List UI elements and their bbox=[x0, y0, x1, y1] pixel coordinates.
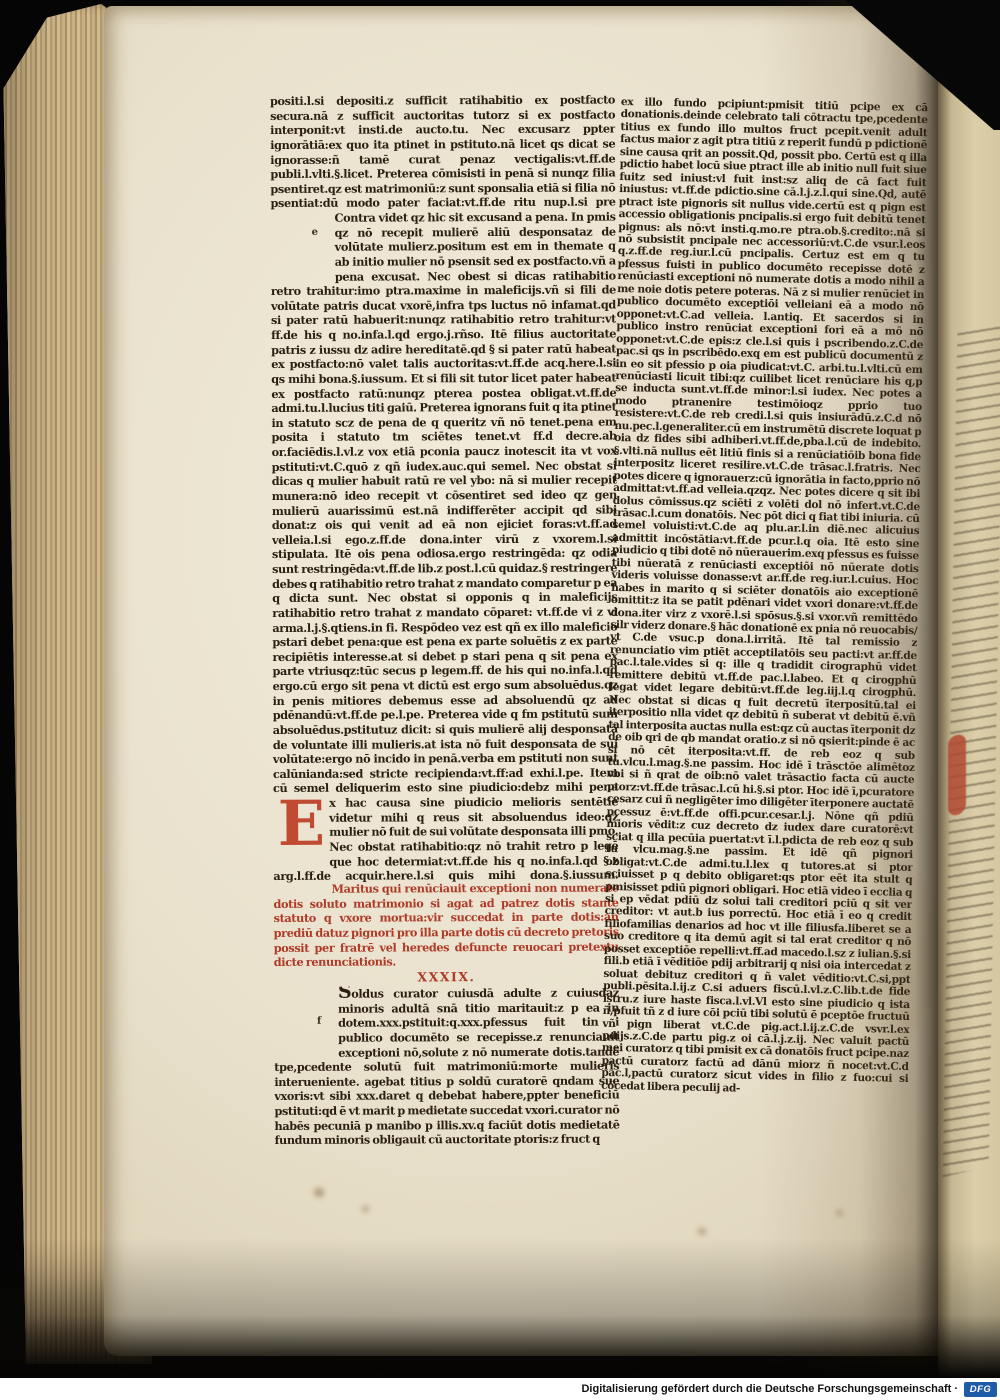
paragraph: positi.l.si depositi.z sufficit ratihabi… bbox=[270, 92, 616, 212]
bottom-shadow bbox=[0, 1238, 1000, 1378]
rubric-text: Maritus qui renūciauit exceptioni non nu… bbox=[274, 880, 619, 969]
chapter-initial: S bbox=[338, 985, 351, 1002]
book-photo: positi.l.si depositi.z sufficit ratihabi… bbox=[0, 0, 1000, 1378]
adjacent-page-red-initial bbox=[948, 732, 966, 817]
foxing-spot bbox=[698, 1228, 706, 1235]
indent-spacer bbox=[274, 987, 338, 1046]
paragraph: Contra videt qz hic sit excusand a pena.… bbox=[271, 209, 619, 796]
paragraph: E x hac causa sine piudicio melioris sen… bbox=[273, 794, 618, 886]
dfg-logo: DFG bbox=[964, 1382, 997, 1397]
paragraph-text: Contra videt qz hic sit excusand a pena.… bbox=[271, 209, 618, 796]
banner-text: Digitalisierung gefördert durch die Deut… bbox=[581, 1383, 958, 1395]
left-text-column: positi.l.si depositi.z sufficit ratihabi… bbox=[270, 92, 620, 1159]
chapter-number: XXXIX. bbox=[274, 969, 619, 986]
rubric-heading: Maritus qui renūciauit exceptioni non nu… bbox=[273, 880, 618, 971]
adjacent-page bbox=[938, 0, 1000, 1378]
gutter-shadow bbox=[760, 0, 940, 1378]
indent-spacer bbox=[271, 211, 335, 270]
dfg-banner: Digitalisierung gefördert durch die Deut… bbox=[0, 1378, 1000, 1400]
drop-cap-initial: E bbox=[273, 796, 329, 856]
foxing-spot bbox=[314, 1188, 324, 1197]
paragraph-text: positi.l.si depositi.z sufficit ratihabi… bbox=[270, 92, 616, 212]
paragraph: Soldus curator cuiusdā adulte z cuiusdaz… bbox=[274, 985, 620, 1155]
scanned-book-screenshot: positi.l.si depositi.z sufficit ratihabi… bbox=[0, 0, 1000, 1400]
foxing-spot bbox=[362, 1206, 369, 1212]
